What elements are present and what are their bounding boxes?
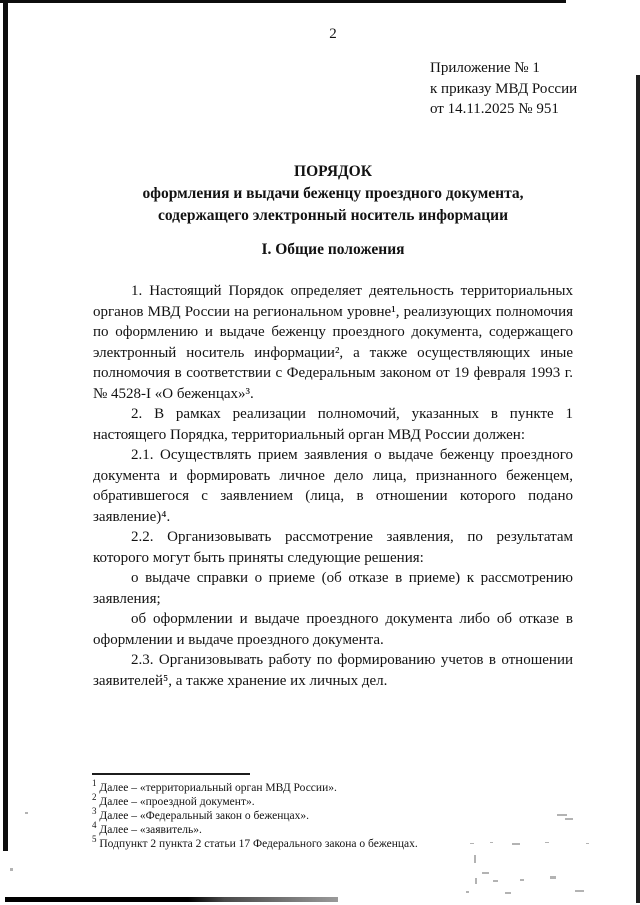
footnote-text: Подпункт 2 пункта 2 статьи 17 Федерально… xyxy=(99,838,417,850)
footnote-number: 1 xyxy=(92,778,97,788)
footnote: 4 Далее – «заявитель». xyxy=(92,823,572,837)
appendix-reference: Приложение № 1 к приказу МВД России от 1… xyxy=(430,58,577,120)
appendix-line: Приложение № 1 xyxy=(430,58,577,79)
scan-edge-right xyxy=(636,75,640,903)
scan-speckle xyxy=(520,879,524,881)
scan-edge-top xyxy=(0,0,566,3)
scan-speckle xyxy=(493,880,498,882)
footnote-number: 4 xyxy=(92,820,97,830)
footnote-number: 2 xyxy=(92,792,97,802)
footnote-number: 5 xyxy=(92,834,97,844)
footnote: 1 Далее – «территориальный орган МВД Рос… xyxy=(92,781,572,795)
section-heading: I. Общие положения xyxy=(93,241,573,259)
paragraph: 2.2. Организовывать рассмотрение заявлен… xyxy=(93,527,573,568)
footnote: 5 Подпункт 2 пункта 2 статьи 17 Федераль… xyxy=(92,837,572,851)
appendix-line: к приказу МВД России xyxy=(430,79,577,100)
paragraph: 2.3. Организовывать работу по формирован… xyxy=(93,650,573,691)
footnote-text: Далее – «Федеральный закон о беженцах». xyxy=(99,810,309,822)
paragraph: об оформлении и выдаче проездного докуме… xyxy=(93,609,573,650)
footnote-separator xyxy=(92,773,250,775)
paragraph: 2.1. Осуществлять прием заявления о выда… xyxy=(93,445,573,527)
document-body: 1. Настоящий Порядок определяет деятельн… xyxy=(93,281,573,691)
scanned-document-page: 2 Приложение № 1 к приказу МВД России от… xyxy=(0,0,640,905)
document-title-heading: ПОРЯДОК xyxy=(93,161,573,183)
footnote: 2 Далее – «проездной документ». xyxy=(92,795,572,809)
footnote-text: Далее – «территориальный орган МВД Росси… xyxy=(99,782,336,794)
paragraph: 2. В рамках реализации полномочий, указа… xyxy=(93,404,573,445)
scan-speckle xyxy=(466,891,469,893)
scan-speckle xyxy=(482,872,489,874)
document-title-line: содержащего электронный носитель информа… xyxy=(93,205,573,227)
document-title-line: оформления и выдачи беженцу проездного д… xyxy=(93,183,573,205)
scan-edge-bottom xyxy=(5,897,338,902)
scan-speckle xyxy=(475,878,477,884)
paragraph: о выдаче справки о приеме (об отказе в п… xyxy=(93,568,573,609)
document-title: ПОРЯДОК оформления и выдачи беженцу прое… xyxy=(93,161,573,227)
scan-edge-left xyxy=(3,0,8,851)
footnote-number: 3 xyxy=(92,806,97,816)
appendix-line: от 14.11.2025 № 951 xyxy=(430,99,577,120)
scan-speckle xyxy=(505,892,511,894)
scan-speckle xyxy=(10,868,13,871)
scan-speckle xyxy=(474,855,476,863)
paragraph: 1. Настоящий Порядок определяет деятельн… xyxy=(93,281,573,404)
scan-speckle xyxy=(586,843,589,844)
scan-speckle xyxy=(575,890,584,892)
footnotes-section: 1 Далее – «территориальный орган МВД Рос… xyxy=(92,773,572,851)
scan-speckle xyxy=(550,876,556,879)
footnote-text: Далее – «заявитель». xyxy=(99,824,202,836)
footnote-text: Далее – «проездной документ». xyxy=(99,796,254,808)
page-number: 2 xyxy=(93,26,573,43)
scan-speckle xyxy=(25,812,28,814)
footnote: 3 Далее – «Федеральный закон о беженцах»… xyxy=(92,809,572,823)
